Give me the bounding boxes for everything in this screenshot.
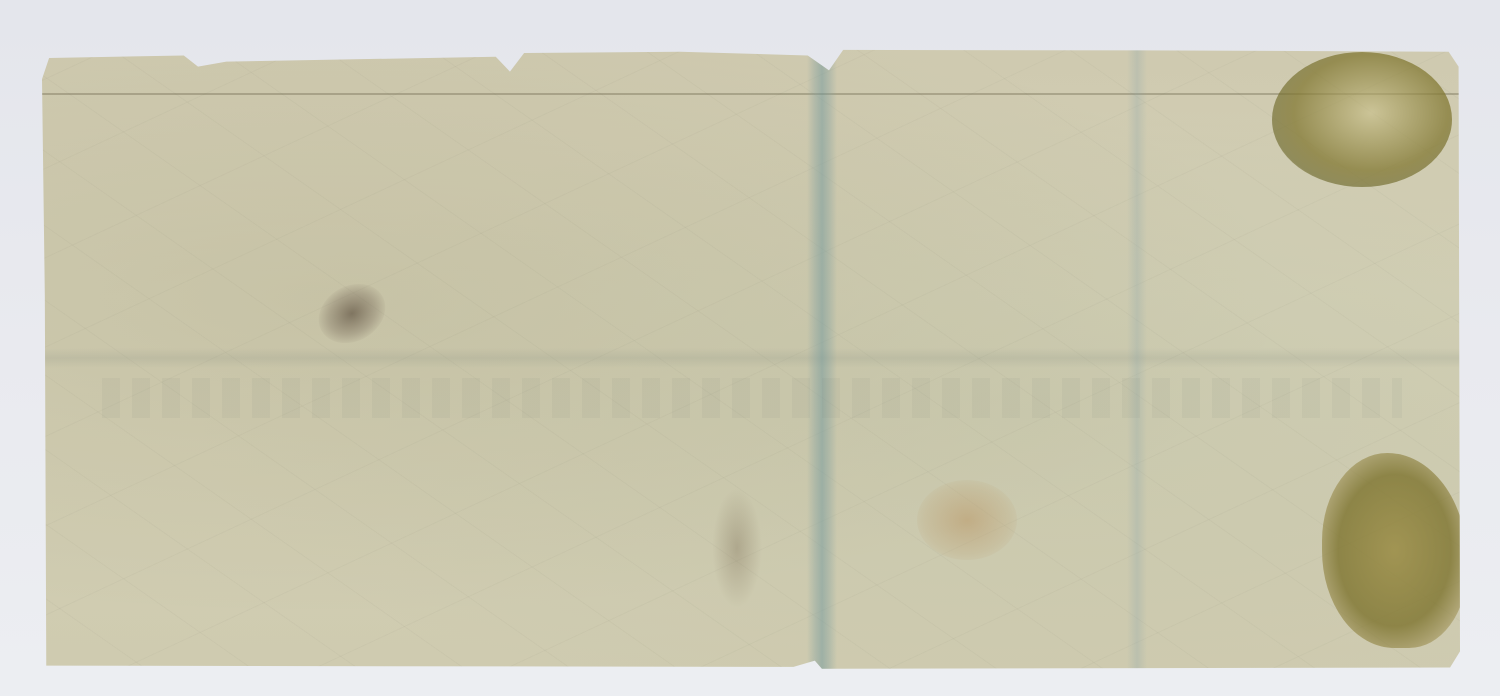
right-vertical-fold — [1127, 48, 1147, 670]
top-right-stain — [1272, 52, 1452, 187]
faded-print-bleedthrough — [102, 378, 1402, 418]
center-vertical-fold — [807, 48, 837, 670]
center-brown-stain — [917, 480, 1017, 560]
middle-fold-line — [42, 348, 1460, 368]
top-fold-line — [42, 93, 1460, 95]
smudge-stain — [712, 488, 762, 608]
banknote — [42, 48, 1460, 670]
